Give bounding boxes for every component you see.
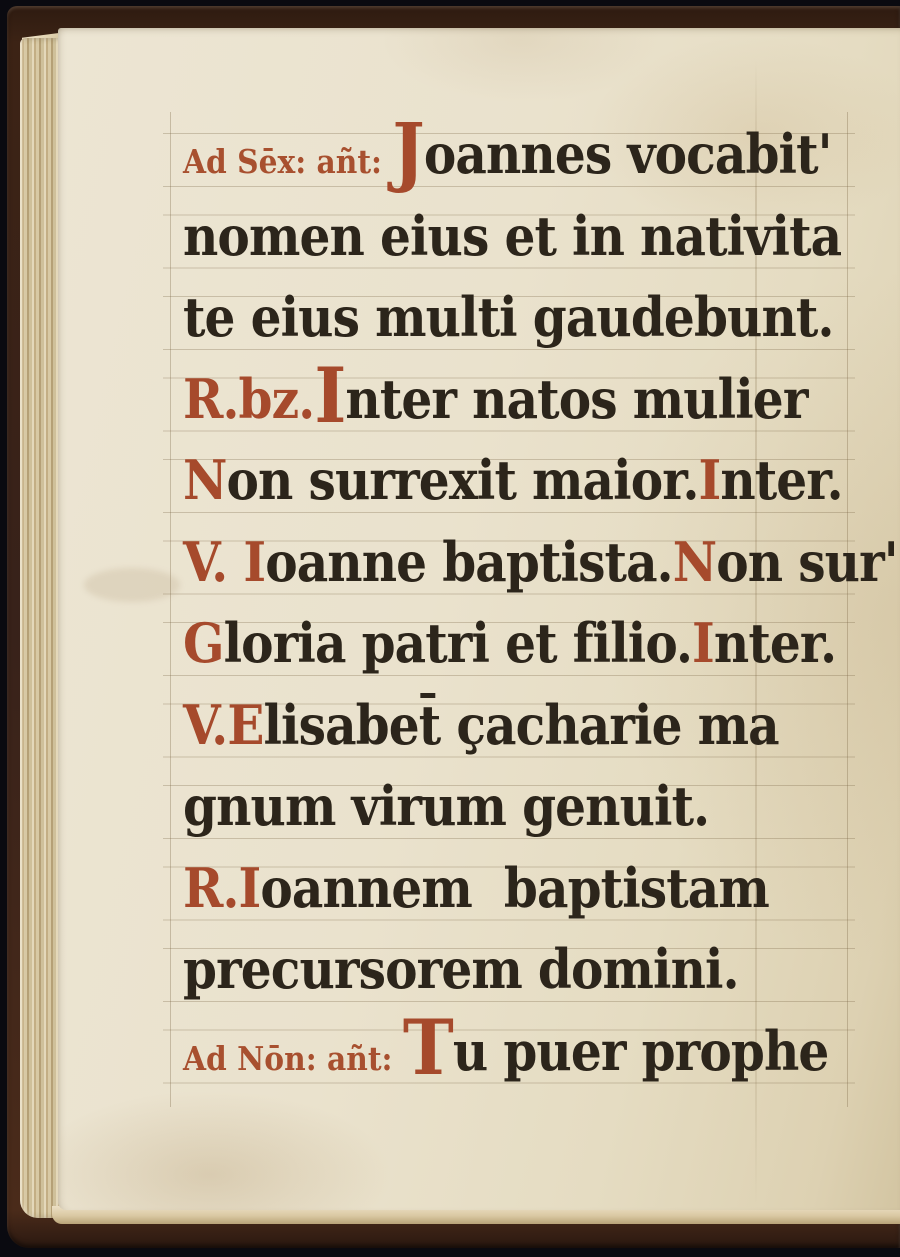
red-cap-text: R.bz.	[183, 367, 314, 431]
body-text: loria patri et filio.	[224, 611, 692, 675]
red-cap-text: I	[692, 611, 714, 675]
body-text: gnum virum genuit.	[183, 774, 709, 838]
body-text: on surrexit maior.	[227, 448, 699, 512]
text-line: Ad Nōn: añt: Tu puer prophe	[183, 1019, 804, 1101]
body-text: precursorem domini.	[183, 937, 739, 1001]
body-text: oanne baptista.	[265, 530, 673, 594]
red-cap-text: V.	[183, 693, 227, 757]
text-line: gnum virum genuit.	[183, 774, 804, 856]
text-line: Gloria patri et filio.Inter.	[183, 611, 804, 693]
red-cap-text: E	[227, 693, 263, 757]
red-cap-text: N	[673, 530, 717, 594]
text-line: Non surrexit maior.Inter.	[183, 448, 804, 530]
photograph-scene: Ad Sēx: añt: Joannes vocabit'nomen eius …	[0, 0, 900, 1257]
rubric-text: Ad Sēx: añt:	[183, 142, 392, 181]
text-line: Ad Sēx: añt: Joannes vocabit'	[183, 122, 804, 204]
red-cap-text: N	[183, 448, 227, 512]
red-cap-text: I	[243, 530, 265, 594]
body-text: nomen eius et in nativita	[183, 204, 841, 268]
body-text: oannes vocabit'	[424, 122, 832, 186]
body-text: te eius multi gaudebunt.	[183, 285, 833, 349]
text-line: te eius multi gaudebunt.	[183, 285, 804, 367]
text-block: Ad Sēx: añt: Joannes vocabit'nomen eius …	[183, 122, 873, 1100]
metal-boss-foot	[0, 0, 22, 18]
text-line: R.bz.Inter natos mulier	[183, 367, 804, 449]
red-cap-text: V.	[183, 530, 243, 594]
body-text: oannem baptistam	[260, 856, 769, 920]
text-line: R.Ioannem baptistam	[183, 856, 804, 938]
body-text: u puer prophe	[453, 1019, 829, 1083]
text-line: nomen eius et in nativita	[183, 204, 804, 286]
body-text: nter.	[720, 448, 842, 512]
red-cap-text: I	[698, 448, 720, 512]
red-cap-text: G	[183, 611, 224, 675]
text-line: V. Ioanne baptista.Non sur'.	[183, 530, 804, 612]
left-margin-ruling-line	[170, 112, 171, 1107]
body-text: on sur'.	[716, 530, 900, 594]
rubric-text: Ad Nōn: añt:	[183, 1039, 403, 1078]
text-line: precursorem domini.	[183, 937, 804, 1019]
body-text: lisabet̄ çacharie ma	[263, 693, 778, 757]
red-cap-text: R.	[183, 856, 239, 920]
red-cap-text: I	[239, 856, 261, 920]
body-text: nter natos mulier	[345, 367, 807, 431]
body-text: nter.	[714, 611, 836, 675]
text-line: V.Elisabet̄ çacharie ma	[183, 693, 804, 775]
